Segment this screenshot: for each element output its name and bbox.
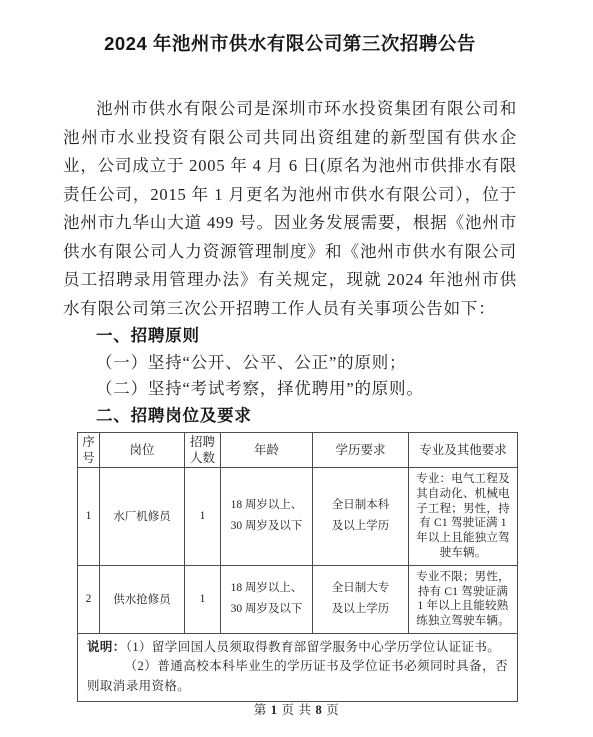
page-footer: 第1页共8页 bbox=[0, 700, 593, 718]
education-line-1: 全日制大专 bbox=[313, 578, 408, 599]
col-header-age: 年龄 bbox=[221, 433, 313, 468]
cell-age: 18 周岁以上、 30 周岁及以下 bbox=[221, 468, 313, 566]
col-header-education: 学历要求 bbox=[313, 433, 409, 468]
education-line-2: 及以上学历 bbox=[313, 516, 408, 537]
principle-item-2: （二）坚持“考试考察，择优聘用”的原则。 bbox=[63, 376, 517, 403]
document-page: 2024 年池州市供水有限公司第三次招聘公告 池州市供水有限公司是深圳市环水投资… bbox=[0, 0, 593, 737]
cell-no: 2 bbox=[78, 565, 100, 633]
notes-cell: 说明：（1）留学回国人员须取得教育部留学服务中心学历学位认证证书。 （2）普通高… bbox=[78, 633, 518, 702]
cell-count: 1 bbox=[185, 468, 221, 566]
section-heading-2: 二、招聘岗位及要求 bbox=[63, 403, 517, 430]
total-pages: 8 bbox=[316, 703, 323, 717]
principle-item-1: （一）坚持“公开、公平、公正”的原则； bbox=[63, 350, 517, 377]
age-line-2: 30 周岁及以下 bbox=[221, 516, 312, 537]
table-notes-row: 说明：（1）留学回国人员须取得教育部留学服务中心学历学位认证证书。 （2）普通高… bbox=[78, 633, 518, 702]
age-line-2: 30 周岁及以下 bbox=[221, 599, 312, 620]
cell-position: 水厂机修员 bbox=[100, 468, 185, 566]
table-header-row: 序号 岗位 招聘人数 年龄 学历要求 专业及其他要求 bbox=[78, 433, 518, 468]
footer-label: 第 bbox=[254, 703, 267, 717]
cell-requirements: 专业：电气工程及其自动化、机械电子工程；男性，持有 C1 驾驶证满 1 年以上且… bbox=[409, 468, 518, 566]
table-row: 2 供水抢修员 1 18 周岁以上、 30 周岁及以下 全日制大专 及以上学历 … bbox=[78, 565, 518, 633]
note-line-1: 说明：（1）留学回国人员须取得教育部留学服务中心学历学位认证证书。 bbox=[87, 638, 508, 658]
age-line-1: 18 周岁以上、 bbox=[221, 578, 312, 599]
education-line-2: 及以上学历 bbox=[313, 599, 408, 620]
footer-label: 共 bbox=[299, 703, 312, 717]
cell-position: 供水抢修员 bbox=[100, 565, 185, 633]
cell-education: 全日制本科 及以上学历 bbox=[313, 468, 409, 566]
table-row: 1 水厂机修员 1 18 周岁以上、 30 周岁及以下 全日制本科 及以上学历 … bbox=[78, 468, 518, 566]
cell-requirements: 专业不限；男性，持有 C1 驾驶证满 1 年以上且能较熟练独立驾驶车辆。 bbox=[409, 565, 518, 633]
note-item-1: （1）留学回国人员须取得教育部留学服务中心学历学位认证证书。 bbox=[126, 640, 501, 654]
page-title: 2024 年池州市供水有限公司第三次招聘公告 bbox=[63, 33, 517, 55]
footer-label: 页 bbox=[281, 703, 294, 717]
col-header-requirements: 专业及其他要求 bbox=[409, 433, 518, 468]
col-header-position: 岗位 bbox=[100, 433, 185, 468]
document-content: 2024 年池州市供水有限公司第三次招聘公告 池州市供水有限公司是深圳市环水投资… bbox=[63, 0, 517, 702]
cell-age: 18 周岁以上、 30 周岁及以下 bbox=[221, 565, 313, 633]
footer-label: 页 bbox=[326, 703, 339, 717]
cell-no: 1 bbox=[78, 468, 100, 566]
cell-education: 全日制大专 及以上学历 bbox=[313, 565, 409, 633]
note-item-2: （2）普通高校本科毕业生的学历证书及学位证书必须同时具备，否则取消录用资格。 bbox=[87, 657, 508, 696]
col-header-count: 招聘人数 bbox=[185, 433, 221, 468]
intro-paragraph: 池州市供水有限公司是深圳市环水投资集团有限公司和池州市水业投资有限公司共同出资组… bbox=[63, 95, 517, 323]
education-line-1: 全日制本科 bbox=[313, 495, 408, 516]
recruitment-table: 序号 岗位 招聘人数 年龄 学历要求 专业及其他要求 1 水厂机修员 1 18 … bbox=[77, 432, 518, 702]
age-line-1: 18 周岁以上、 bbox=[221, 495, 312, 516]
cell-count: 1 bbox=[185, 565, 221, 633]
page-number: 1 bbox=[271, 703, 278, 717]
section-heading-1: 一、招聘原则 bbox=[63, 323, 517, 350]
col-header-no: 序号 bbox=[78, 433, 100, 468]
note-label: 说明： bbox=[87, 640, 126, 654]
